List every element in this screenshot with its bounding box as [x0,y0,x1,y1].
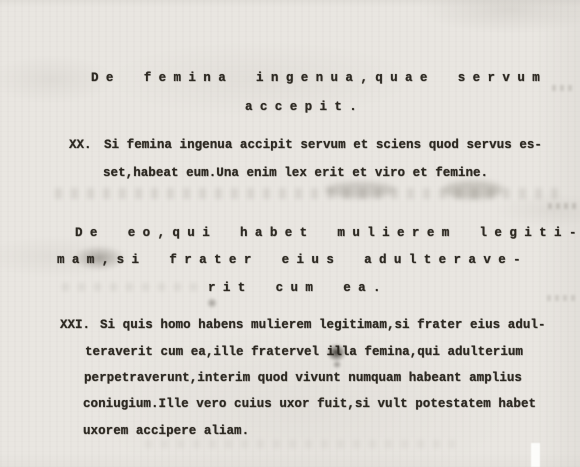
paragraph-text-line: set,habeat eum.Una enim lex erit et viro… [103,166,488,181]
heading-line: rit cum ea. [208,281,388,296]
margin-pencil-mark [548,203,576,209]
paragraph-number: XX. [69,138,92,153]
paragraph-text-line: perpetraverunt,interim quod vivunt numqu… [84,371,522,386]
heading-line: accepit. [245,100,364,115]
paragraph-text-line: Si femina ingenua accipit servum et scie… [104,138,542,153]
bleed-through-text-smudge [145,440,455,448]
paragraph-text-line: Si quis homo habens mulierem legitimam,s… [100,318,546,333]
heading-line: De eo,qui habet mulierem legiti- [75,226,580,241]
bleed-through-text-smudge [62,283,207,291]
bleed-through-blob [325,182,395,198]
paragraph-text-line: uxorem accipere aliam. [83,424,249,439]
paragraph-text-line: coniugium.Ille vero cuius uxor fuit,si v… [83,397,536,412]
margin-pencil-mark [547,295,576,301]
scan-white-artifact [531,443,540,467]
margin-pencil-mark [552,85,576,91]
ink-smudge [206,297,218,309]
bleed-through-blob [443,181,503,199]
paragraph-number: XXI. [60,318,90,333]
scanned-document-page: De femina ingenua,quae servum accepit. X… [0,0,580,467]
heading-line: De femina ingenua,quae servum [91,71,547,86]
paragraph-text-line: teraverit cum ea,ille fratervel illa fem… [85,345,523,360]
heading-line: mam,si frater eius adulterave- [57,253,528,268]
ink-blot [332,360,342,369]
